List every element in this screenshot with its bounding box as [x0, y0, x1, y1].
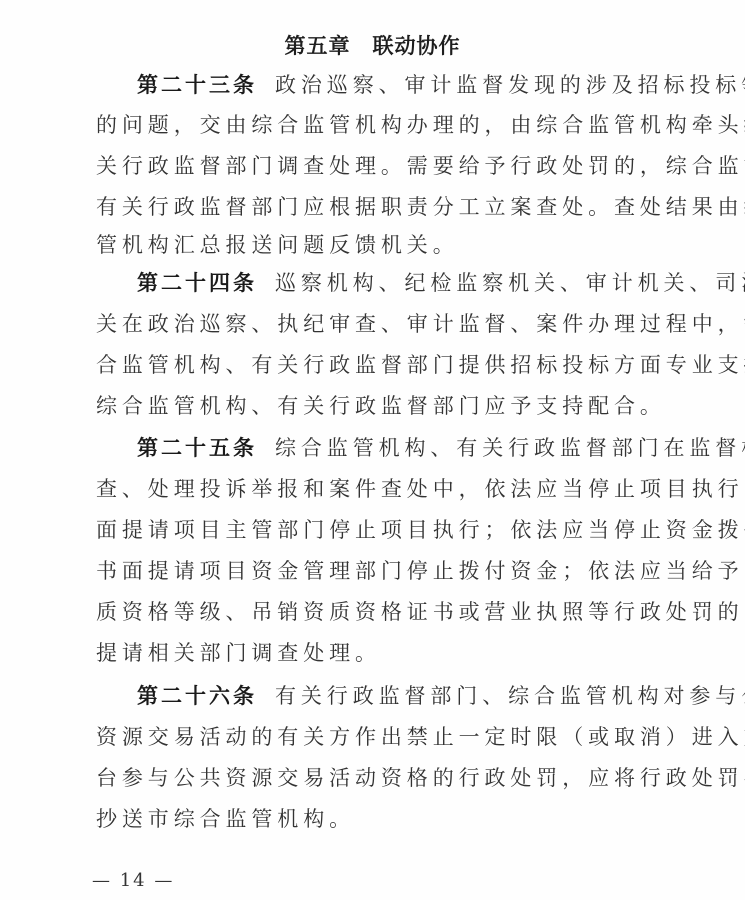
article-26-heading: 第二十六条: [137, 684, 257, 708]
chapter-title: 第五章联动协作: [0, 30, 745, 60]
article-23-line-1: 第二十三条政治巡察、审计监督发现的涉及招标投标领域: [137, 72, 671, 98]
article-25-line-6: 提请相关部门调查处理。: [96, 640, 671, 666]
article-25-line-5: 质资格等级、吊销资质资格证书或营业执照等行政处罚的，书面: [96, 599, 671, 625]
chapter-name: 联动协作: [373, 34, 461, 58]
article-26-line-4: 抄送市综合监管机构。: [96, 806, 671, 832]
article-23-line-4: 有关行政监督部门应根据职责分工立案查处。查处结果由综合监: [96, 194, 671, 220]
article-25-heading: 第二十五条: [137, 436, 257, 460]
article-25-line-4: 书面提请项目资金管理部门停止拨付资金；依法应当给予降低资: [96, 558, 671, 584]
document-page: 第五章联动协作 第二十三条政治巡察、审计监督发现的涉及招标投标领域 的问题，交由…: [0, 0, 745, 900]
article-23-line-2: 的问题，交由综合监管机构办理的，由综合监管机构牵头组织有: [96, 112, 671, 138]
article-26-line-3: 台参与公共资源交易活动资格的行政处罚，应将行政处罚决定书: [96, 765, 671, 791]
article-25-line-1: 第二十五条综合监管机构、有关行政监督部门在监督检: [137, 435, 671, 461]
article-24-line-2: 关在政治巡察、执纪审查、审计监督、案件办理过程中，需要综: [96, 311, 671, 337]
article-25-line-2: 查、处理投诉举报和案件查处中，依法应当停止项目执行的，书: [96, 476, 671, 502]
chapter-number: 第五章: [285, 34, 351, 58]
article-24-heading: 第二十四条: [137, 271, 257, 295]
article-26-line-1: 第二十六条有关行政监督部门、综合监管机构对参与公共: [137, 683, 671, 709]
article-23-line-5: 管机构汇总报送问题反馈机关。: [96, 232, 671, 258]
page-number: — 14 —: [92, 870, 174, 891]
article-26-line-2: 资源交易活动的有关方作出禁止一定时限（或取消）进入交易平: [96, 724, 671, 750]
article-25-line-3: 面提请项目主管部门停止项目执行；依法应当停止资金拨付的，: [96, 517, 671, 543]
article-24-line-3: 合监管机构、有关行政监督部门提供招标投标方面专业支持的，: [96, 352, 671, 378]
article-23-heading: 第二十三条: [137, 73, 257, 97]
article-23-line-3: 关行政监督部门调查处理。需要给予行政处罚的，综合监管机构、: [96, 153, 671, 179]
article-24-line-1: 第二十四条巡察机构、纪检监察机关、审计机关、司法机: [137, 270, 671, 296]
article-24-line-4: 综合监管机构、有关行政监督部门应予支持配合。: [96, 393, 671, 419]
